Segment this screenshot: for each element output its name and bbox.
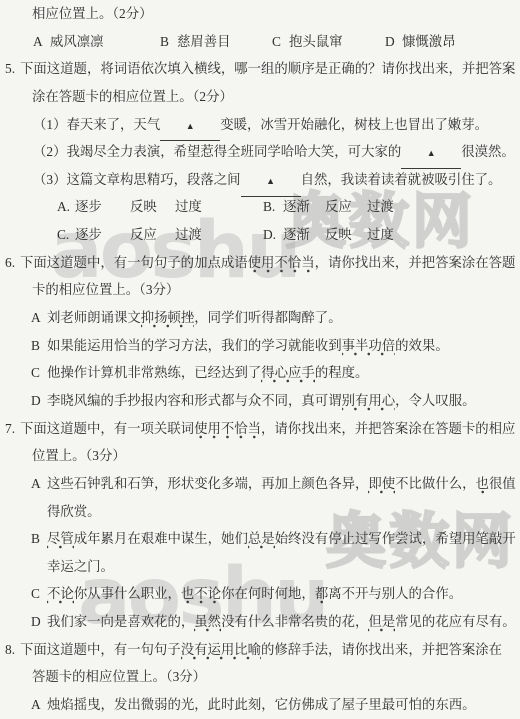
emphasized-text: 使用不恰当: [248, 255, 315, 273]
text-segment: ，请你找出来，并把答案涂在答题卡的相应: [261, 421, 515, 436]
text-segment: 逐渐: [283, 221, 325, 249]
question-4-stem-continuation: 相应位置上。（2分）: [0, 0, 520, 28]
emphasized-text: 事半功倍: [342, 338, 396, 356]
text-segment: C.: [57, 221, 75, 249]
question-6-option-a: A刘老师朗诵课文抑扬顿挫，同学们听得都陶醉了。: [0, 304, 520, 332]
text-segment: B.: [263, 193, 283, 221]
question-7-option-d: D我们家一向是喜欢花的，虽然没有什么非常名贵的花，但是常见的花应有尽有。: [0, 608, 520, 636]
text-segment: 相应位置上。（2分）: [32, 6, 153, 21]
text-segment: 过渡: [175, 221, 263, 249]
text-segment: 下面这道题，将词语依次填入横线，哪一组的顺序是正确的？请你找出来，并把答案: [20, 61, 515, 76]
text-segment: 变暖，冰雪开始融化，树枝上也冒出了嫩芽。: [220, 117, 488, 132]
question-6-option-b: B如果能运用恰当的学习方法，我们的学习就能收到事半功倍的效果。: [0, 332, 520, 360]
question-5-options-row-cd: C.逐步反应过渡D.逐渐反映过度: [0, 221, 520, 249]
question-7-option-a-continuation: 得欣赏。: [0, 498, 520, 526]
text-segment: 8.: [5, 636, 20, 664]
text-segment: 李晓风编的手抄报内容和形式都与众不同，真可谓: [47, 393, 342, 408]
text-segment: （3）这篇文章构思精巧，段落之间: [33, 172, 241, 187]
text-segment: 这些石钟乳和石笋，形状变化多端，再加上颜色各异，: [47, 476, 368, 491]
text-segment: 很漠然。: [461, 144, 515, 159]
text-segment: D: [31, 387, 47, 415]
question-5-item-2: （2）我竭尽全力表演，希望惹得全班同学哈哈大笑，可大家的▲很漠然。: [0, 138, 520, 166]
text-segment: 的效果。: [395, 338, 449, 353]
question-5-options-row-ab: A.逐步反映过度B.逐渐反应过渡: [0, 193, 520, 221]
question-6-option-c: C他操作计算机非常熟练，已经达到了得心应手的程度。: [0, 359, 520, 387]
emphasized-text: 得心应手: [261, 365, 315, 383]
text-segment: 幸运之门。: [47, 559, 114, 574]
text-segment: B: [160, 28, 177, 56]
text-segment: 涂在答题卡的相应位置上。（2分）: [32, 89, 233, 104]
question-5-stem-continuation: 涂在答题卡的相应位置上。（2分）: [0, 83, 520, 111]
text-segment: A: [33, 28, 50, 56]
document-body: 相应位置上。（2分）A威风凛凛B慈眉善目C抱头鼠窜D慷慨激昂5.下面这道题，将词…: [0, 0, 520, 719]
text-segment: D.: [263, 221, 283, 249]
emphasized-text: 不论: [47, 586, 74, 604]
text-segment: 下面这道题中，有一句句子: [20, 642, 181, 657]
text-segment: A.: [57, 193, 75, 221]
text-segment: 的修辞手法，请你找出来，并把答案涂在: [261, 642, 502, 657]
text-segment: C: [31, 359, 47, 387]
text-segment: 反应: [325, 193, 367, 221]
text-segment: C: [272, 28, 289, 56]
text-segment: A: [31, 691, 47, 719]
text-segment: B: [31, 332, 47, 360]
text-segment: 慷慨激昂: [402, 34, 456, 49]
emphasized-text: 也不论: [181, 586, 221, 604]
emphasized-text: 总是: [248, 531, 275, 549]
question-7-option-c: C不论你从事什么职业，也不论你在何时何地，都离不开与别人的合作。: [0, 580, 520, 608]
text-segment: 得欣赏。: [47, 504, 101, 519]
text-segment: 常见的花应有尽有。: [395, 614, 516, 629]
emphasized-text: 尽管: [47, 531, 74, 549]
text-segment: 很值: [489, 476, 516, 491]
text-segment: （1）春天来了，天气: [33, 117, 160, 132]
text-segment: 你从事什么职业，: [74, 586, 181, 601]
question-6-stem: 6.下面这道题中，有一句句子的加点成语使用不恰当，请你找出来，并把答案涂在答题: [0, 249, 520, 277]
emphasized-text: 即使: [368, 476, 395, 494]
text-segment: 抱头鼠窜: [289, 28, 385, 56]
text-segment: 下面这道题中，有一句句子的加点成语: [20, 255, 248, 270]
text-segment: 逐步: [75, 221, 130, 249]
question-8-stem: 8.下面这道题中，有一句句子没有运用比喻的修辞手法，请你找出来，并把答案涂在: [0, 636, 520, 664]
answer-blank-triangle: ▲: [160, 113, 220, 142]
question-7-option-b: B尽管成年累月在艰难中谋生，她们总是始终没有停止过写作尝试，希望用笔敲开: [0, 525, 520, 553]
text-segment: 逐渐: [283, 193, 325, 221]
text-segment: 他操作计算机非常熟练，已经达到了: [47, 365, 261, 380]
text-segment: 离不开与别人的合作。: [328, 586, 462, 601]
text-segment: 卡的相应位置上。（3分）: [32, 282, 179, 297]
text-segment: 反应: [130, 221, 175, 249]
text-segment: 如果能运用恰当的学习方法，我们的学习就能收到: [47, 338, 342, 353]
question-5-item-3: （3）这篇文章构思精巧，段落之间▲自然，我读着读着就被吸引住了。: [0, 166, 520, 194]
emphasized-text: 使用不恰当: [194, 421, 261, 439]
text-segment: 烛焰摇曳，发出微弱的光，此时此刻，它仿佛成了屋子里最可怕的东西。: [47, 697, 476, 712]
emphasized-text: 别有用心: [342, 393, 396, 411]
question-6-option-d: D李晓风编的手抄报内容和形式都与众不同，真可谓别有用心，令人叹服。: [0, 387, 520, 415]
question-7-option-b-continuation: 幸运之门。: [0, 553, 520, 581]
question-4-options-row: A威风凛凛B慈眉善目C抱头鼠窜D慷慨激昂: [0, 28, 520, 56]
text-segment: 过度: [367, 227, 394, 242]
text-segment: 答题卡的相应位置上。（3分）: [32, 669, 206, 684]
emphasized-text: 抑扬顿挫: [141, 310, 195, 328]
text-segment: B: [31, 525, 47, 553]
text-segment: 7.: [5, 415, 20, 443]
text-segment: 你在何时何地，: [221, 586, 315, 601]
question-5-stem: 5.下面这道题，将词语依次填入横线，哪一组的顺序是正确的？请你找出来，并把答案: [0, 55, 520, 83]
text-segment: ，令人叹服。: [395, 393, 475, 408]
text-segment: 的程度。: [315, 365, 369, 380]
text-segment: 自然，我读着读着就被吸引住了。: [301, 172, 502, 187]
text-segment: 位置上。（3分）: [32, 448, 126, 463]
text-segment: ，同学们听得都陶醉了。: [194, 310, 341, 325]
question-8-option-a: A烛焰摇曳，发出微弱的光，此时此刻，它仿佛成了屋子里最可怕的东西。: [0, 691, 520, 719]
text-segment: D: [31, 608, 47, 636]
answer-blank-triangle: ▲: [241, 168, 301, 197]
text-segment: D: [385, 28, 402, 56]
text-segment: 过渡: [367, 199, 394, 214]
text-segment: 反映: [130, 193, 175, 221]
question-6-stem-continuation: 卡的相应位置上。（3分）: [0, 276, 520, 304]
question-7-stem: 7.下面这道题中，有一项关联词使用不恰当，请你找出来，并把答案涂在答题卡的相应: [0, 415, 520, 443]
text-segment: 下面这道题中，有一项关联词: [20, 421, 194, 436]
text-segment: 始终没有停止过写作尝试，希望用笔敲开: [275, 531, 516, 546]
emphasized-text: 也: [476, 476, 489, 494]
text-segment: 过度: [175, 193, 263, 221]
text-segment: A: [31, 470, 47, 498]
text-segment: 5.: [5, 55, 20, 83]
text-segment: ，请你找出来，并把答案涂在答题: [315, 255, 516, 270]
text-segment: 刘老师朗诵课文: [47, 310, 141, 325]
text-segment: 6.: [5, 249, 20, 277]
text-segment: C: [31, 580, 47, 608]
exam-paper-page: aoshu 奥数网 aoshu 奥数网 相应位置上。（2分）A威风凛凛B慈眉善目…: [0, 0, 520, 719]
text-segment: 不比做什么，: [395, 476, 475, 491]
emphasized-text: 没有运用比喻: [181, 642, 261, 660]
text-segment: A: [31, 304, 47, 332]
text-segment: 我们家一向是喜欢花的，: [47, 614, 194, 629]
emphasized-text: 都: [315, 586, 328, 604]
text-segment: 逐步: [75, 193, 130, 221]
text-segment: 没有什么非常名贵的花，: [221, 614, 368, 629]
text-segment: 慈眉善目: [177, 28, 272, 56]
question-5-item-1: （1）春天来了，天气▲变暖，冰雪开始融化，树枝上也冒出了嫩芽。: [0, 111, 520, 139]
text-segment: 威风凛凛: [50, 28, 160, 56]
text-segment: 成年累月在艰难中谋生，她们: [74, 531, 248, 546]
text-segment: （2）我竭尽全力表演，希望惹得全班同学哈哈大笑，可大家的: [33, 144, 401, 159]
emphasized-text: 但是: [368, 614, 395, 632]
question-8-stem-continuation: 答题卡的相应位置上。（3分）: [0, 663, 520, 691]
question-7-stem-continuation: 位置上。（3分）: [0, 442, 520, 470]
text-segment: 反映: [325, 221, 367, 249]
emphasized-text: 虽然: [194, 614, 221, 632]
answer-blank-triangle: ▲: [401, 140, 461, 169]
question-7-option-a: A这些石钟乳和石笋，形状变化多端，再加上颜色各异，即使不比做什么，也很值: [0, 470, 520, 498]
